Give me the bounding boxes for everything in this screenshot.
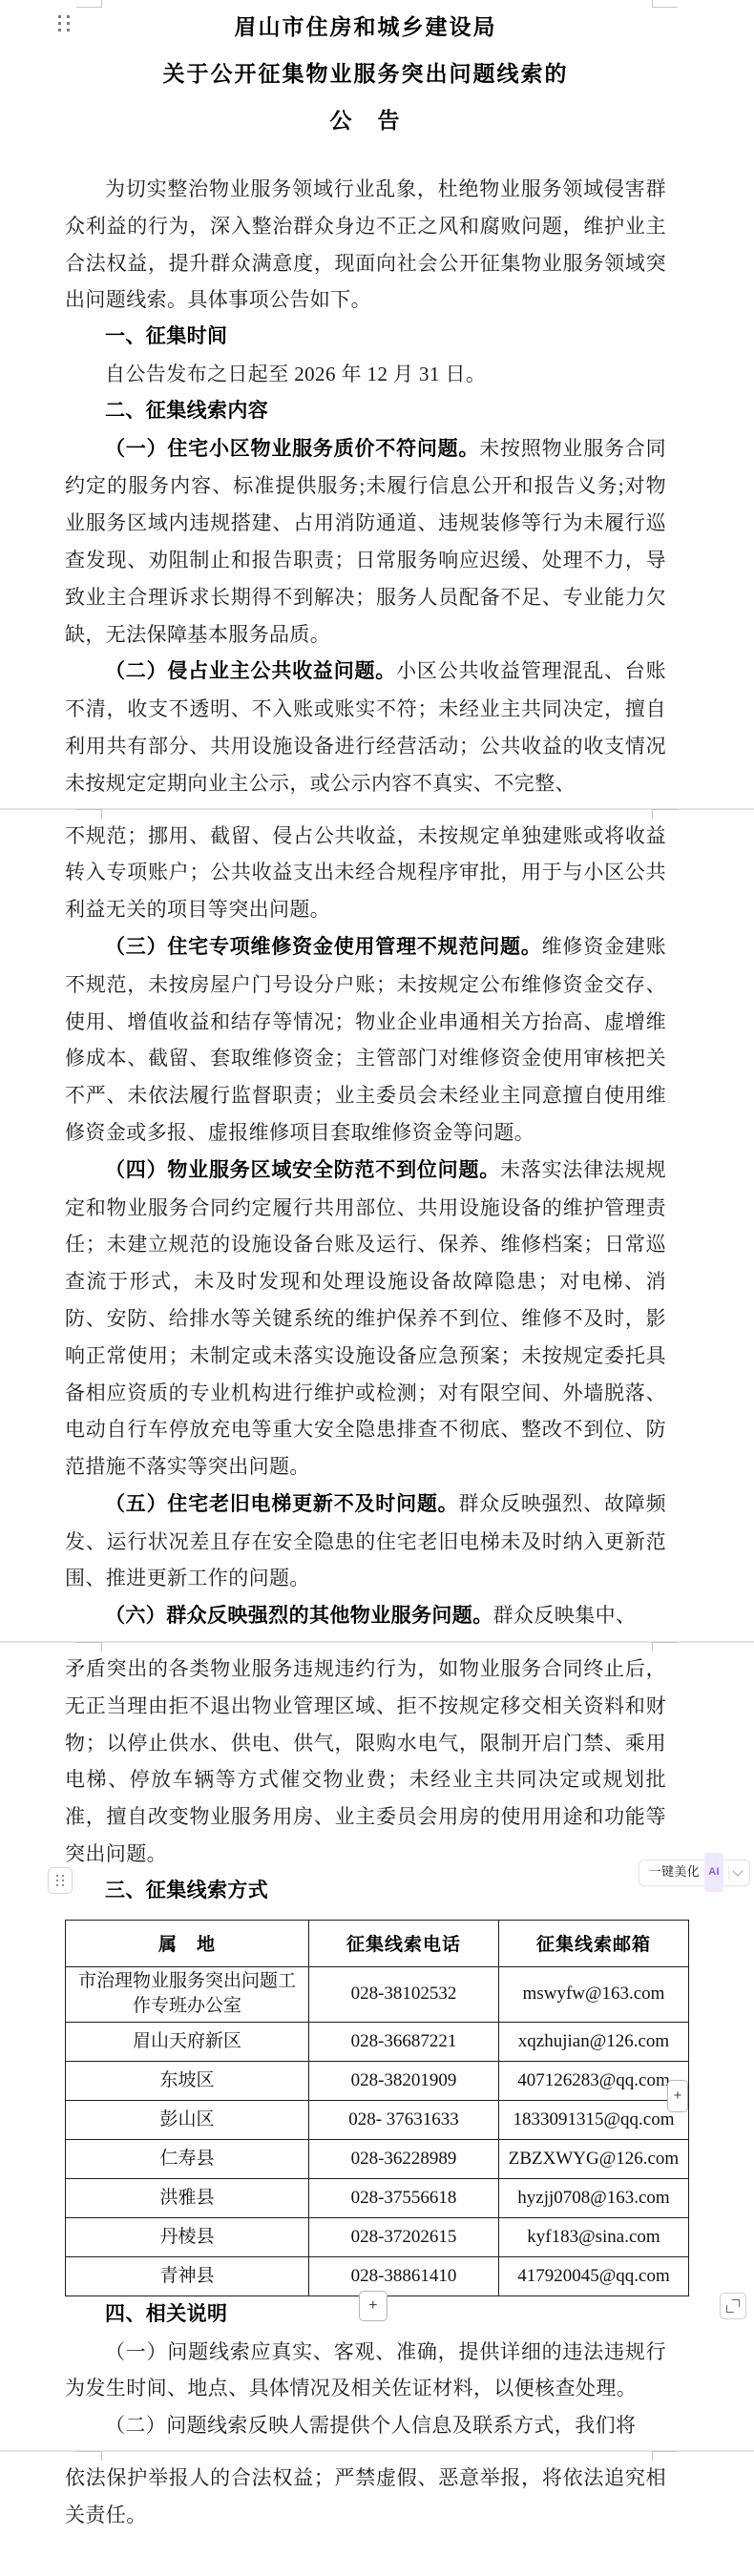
contact-table: 属 地征集线索电话征集线索邮箱市治理物业服务突出问题工作专班办公室028-381…: [65, 1920, 689, 2296]
phone-cell: 028-37556618: [309, 2178, 499, 2217]
email-cell: hyzjj0708@163.com: [499, 2178, 689, 2217]
phone-cell: 028-38201909: [309, 2061, 499, 2100]
table-header-row: 属 地征集线索电话征集线索邮箱: [66, 1920, 689, 1966]
email-cell: kyf183@sina.com: [499, 2217, 689, 2256]
section-heading: 三、征集线索方式 一键美化 AI: [65, 1873, 666, 1910]
page-corner-mark: [76, 1642, 102, 1652]
page-corner-mark: [652, 1642, 678, 1652]
doc-body: 为切实整治物业服务领域行业乱象，杜绝物业服务领域侵害群众利益的行为，深入整治群众…: [65, 171, 666, 2534]
table-row: 眉山天府新区028-36687221xqzhujian@126.com: [66, 2022, 689, 2061]
chevron-down-icon[interactable]: [732, 1866, 743, 1877]
page-corner-mark: [76, 2451, 102, 2461]
email-cell: ZBZXWYG@126.com: [499, 2139, 689, 2178]
phone-cell: 028-36687221: [309, 2022, 499, 2061]
doc-paragraph: （二）侵占业主公共收益问题。小区公共收益管理混乱、台账不清，收支不透明、不入账或…: [65, 653, 666, 801]
doc-title-line2: 关于公开征集物业服务突出问题线索的: [65, 51, 666, 97]
page-corner-mark: [76, 809, 102, 819]
doc-paragraph: （四）物业服务区域安全防范不到位问题。未落实法律法规规定和物业服务合同约定履行共…: [65, 1152, 666, 1485]
page-break-separator: [0, 1635, 754, 1651]
doc-paragraph: （一）问题线索应真实、客观、准确，提供详细的违法违规行为发生时间、地点、具体情况…: [65, 2334, 666, 2408]
table-row: 洪雅县028-37556618hyzjj0708@163.com: [66, 2178, 689, 2217]
email-cell: xqzhujian@126.com: [499, 2022, 689, 2061]
doc-paragraph: 矛盾突出的各类物业服务违规违约行为，如物业服务合同终止后，无正当理由拒不退出物业…: [65, 1651, 666, 1873]
paragraph-lead: （五）住宅老旧电梯更新不及时问题。: [105, 1493, 458, 1515]
doc-title-line3: 公 告: [65, 97, 666, 144]
region-cell: 眉山天府新区: [66, 2022, 309, 2061]
add-row-button[interactable]: +: [359, 2291, 387, 2321]
section-heading: 二、征集线索内容: [65, 393, 666, 430]
page-edge-line: [0, 1641, 754, 1643]
page-edge-line: [0, 2450, 754, 2452]
doc-title-line1: 眉山市住房和城乡建设局: [65, 4, 666, 51]
region-cell: 市治理物业服务突出问题工作专班办公室: [66, 1966, 309, 2022]
table-row: 市治理物业服务突出问题工作专班办公室028-38102532mswyfw@163…: [66, 1966, 689, 2022]
doc-title: 眉山市住房和城乡建设局 关于公开征集物业服务突出问题线索的 公 告: [65, 0, 666, 144]
paragraph-lead: （二）侵占业主公共收益问题。: [105, 660, 396, 682]
section-heading: 四、相关说明 +: [65, 2296, 666, 2334]
six-dots-icon: [56, 1875, 64, 1886]
column-header: 属 地: [66, 1920, 309, 1966]
paragraph-lead: （一）住宅小区物业服务质价不符问题。: [105, 438, 479, 460]
table-row: 东坡区028-38201909407126283@qq.com: [66, 2061, 689, 2100]
page-edge-line: [0, 808, 754, 810]
page-break-separator: [0, 802, 754, 818]
email-cell: 417920045@qq.com: [499, 2256, 689, 2296]
email-cell: mswyfw@163.com: [499, 1966, 689, 2022]
doc-paragraph: （二）问题线索反映人需提供个人信息及联系方式，我们将: [65, 2407, 666, 2444]
plus-icon: +: [674, 2088, 682, 2104]
table-row: 彭山区028- 376316331833091315@qq.com: [66, 2100, 689, 2139]
region-cell: 洪雅县: [66, 2178, 309, 2217]
doc-paragraph: （五）住宅老旧电梯更新不及时问题。群众反映强烈、故障频发、运行状况差且存在安全隐…: [65, 1485, 666, 1597]
region-cell: 仁寿县: [66, 2139, 309, 2178]
document-canvas: 眉山市住房和城乡建设局 关于公开征集物业服务突出问题线索的 公 告 为切实整治物…: [0, 0, 754, 2576]
paragraph-lead: （四）物业服务区域安全防范不到位问题。: [105, 1159, 500, 1181]
contact-table-wrap: 属 地征集线索电话征集线索邮箱市治理物业服务突出问题工作专班办公室028-381…: [65, 1920, 666, 2296]
block-drag-handle-icon[interactable]: [48, 1867, 73, 1894]
email-cell: 1833091315@qq.com: [499, 2100, 689, 2139]
phone-cell: 028- 37631633: [309, 2100, 499, 2139]
table-row: 仁寿县028-36228989ZBZXWYG@126.com: [66, 2139, 689, 2178]
region-cell: 青神县: [66, 2256, 309, 2296]
paragraph-lead: （三）住宅专项维修资金使用管理不规范问题。: [105, 936, 542, 958]
region-cell: 彭山区: [66, 2100, 309, 2139]
column-header: 征集线索电话: [309, 1920, 499, 1966]
phone-cell: 028-36228989: [309, 2139, 499, 2178]
page-corner-mark: [652, 2451, 678, 2461]
beautify-button[interactable]: 一键美化 AI: [639, 1859, 750, 1886]
doc-paragraph: （一）住宅小区物业服务质价不符问题。未按照物业服务合同约定的服务内容、标准提供服…: [65, 430, 666, 654]
beautify-label: 一键美化: [649, 1854, 701, 1891]
table-row: 丹棱县028-37202615kyf183@sina.com: [66, 2217, 689, 2256]
doc-paragraph: 自公告发布之日起至 2026 年 12 月 31 日。: [65, 356, 666, 393]
section-heading: 一、征集时间: [65, 319, 666, 356]
doc-paragraph: 不规范；挪用、截留、侵占公共收益，未按规定单独建账或将收益转入专项账户；公共收益…: [65, 818, 666, 928]
page-corner-mark: [652, 809, 678, 819]
document-content: 眉山市住房和城乡建设局 关于公开征集物业服务突出问题线索的 公 告 为切实整治物…: [65, 0, 666, 2534]
phone-cell: 028-38861410: [309, 2256, 499, 2296]
expand-table-button[interactable]: [720, 2293, 746, 2319]
page-break-separator: [0, 2444, 754, 2460]
region-cell: 丹棱县: [66, 2217, 309, 2256]
paragraph-lead: （六）群众反映强烈的其他物业服务问题。: [105, 1605, 493, 1627]
doc-paragraph: （六）群众反映强烈的其他物业服务问题。群众反映集中、: [65, 1597, 666, 1635]
email-cell: 407126283@qq.com: [499, 2061, 689, 2100]
doc-paragraph: 为切实整治物业服务领域行业乱象，杜绝物业服务领域侵害群众利益的行为，深入整治群众…: [65, 171, 666, 319]
column-header: 征集线索邮箱: [499, 1920, 689, 1966]
region-cell: 东坡区: [66, 2061, 309, 2100]
doc-paragraph: （三）住宅专项维修资金使用管理不规范问题。维修资金建账不规范，未按房屋户门号设分…: [65, 928, 666, 1152]
button-divider: [728, 1866, 729, 1880]
ai-badge: AI: [704, 1853, 723, 1892]
plus-icon: +: [368, 2297, 378, 2315]
expand-corner-icon: [726, 2305, 734, 2313]
add-column-button[interactable]: +: [667, 2080, 688, 2112]
phone-cell: 028-37202615: [309, 2217, 499, 2256]
doc-paragraph: 依法保护举报人的合法权益；严禁虚假、恶意举报，将依法追究相关责任。: [65, 2460, 666, 2534]
phone-cell: 028-38102532: [309, 1966, 499, 2022]
